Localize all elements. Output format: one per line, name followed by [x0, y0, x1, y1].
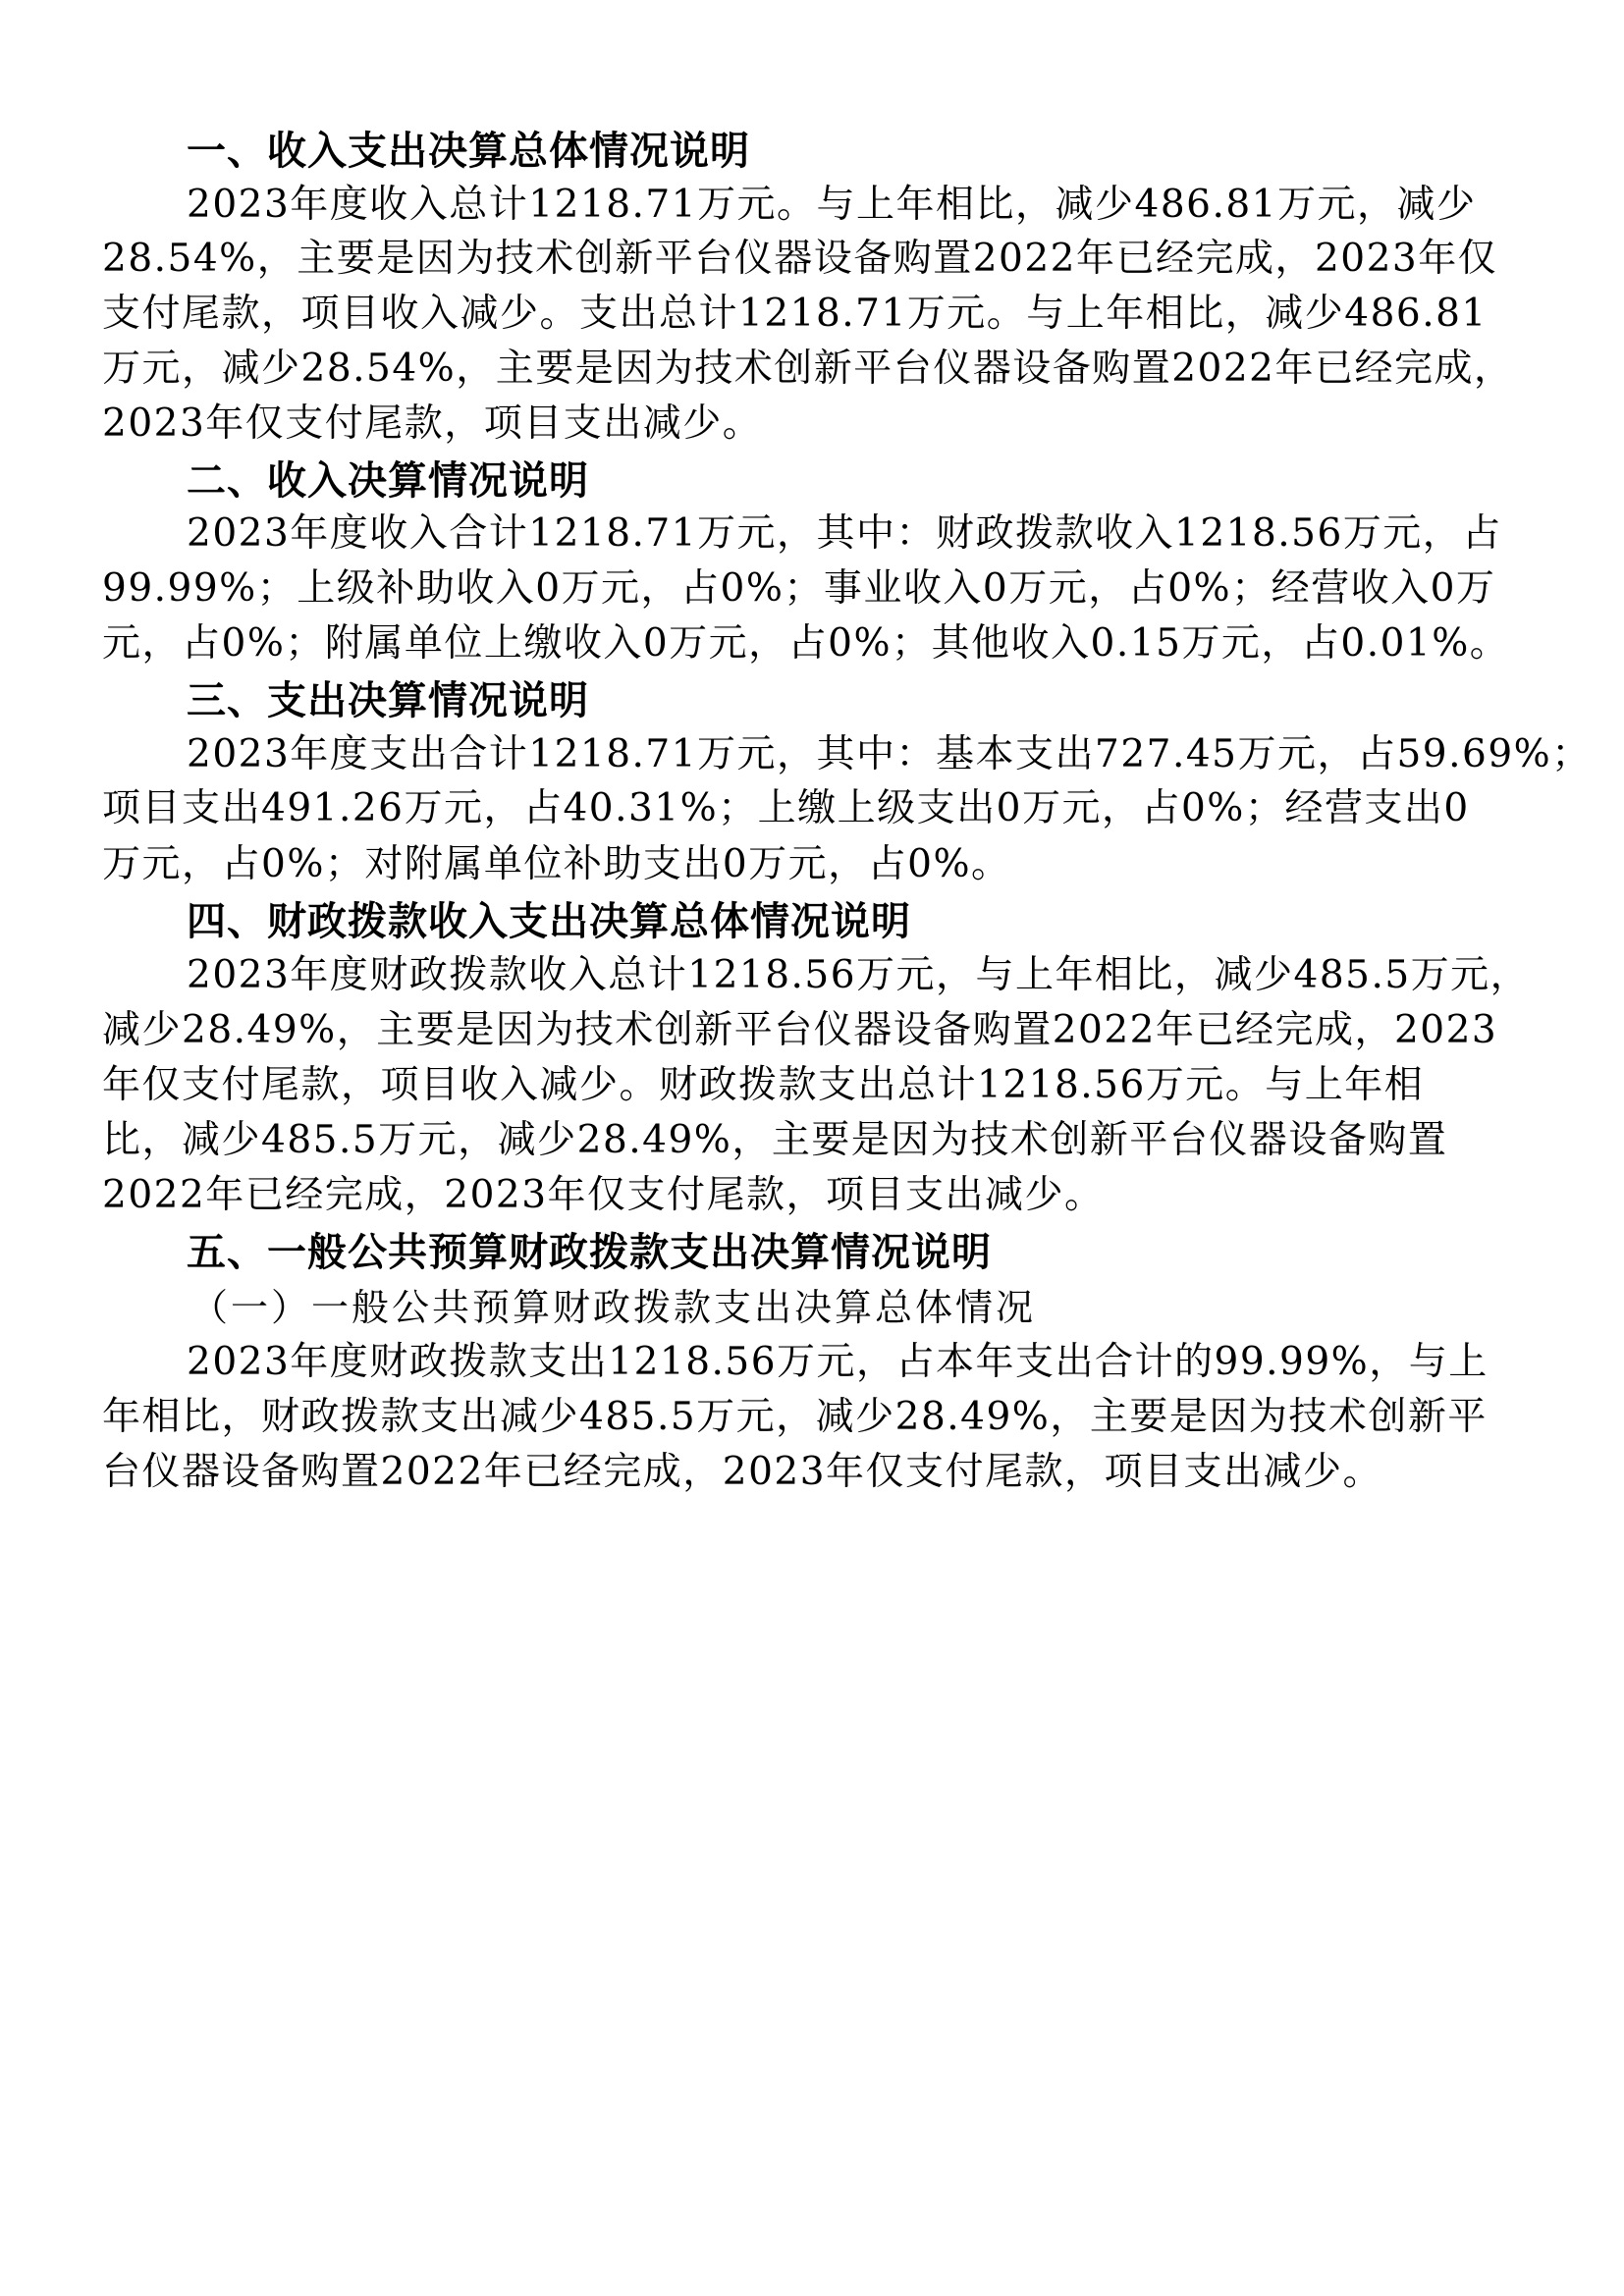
subsection-heading: （一）一般公共预算财政拨款支出决算总体情况: [190, 1284, 1624, 1331]
paragraph-line: 万元，减少28.54%，主要是因为技术创新平台仪器设备购置2022年已经完成，: [102, 346, 1536, 393]
paragraph-line: 99.99%；上级补助收入0万元，占0%；事业收入0万元，占0%；经营收入0万: [102, 565, 1536, 613]
section-heading-5: 五、一般公共预算财政拨款支出决算情况说明: [187, 1229, 1620, 1276]
paragraph-line: 2022年已经完成，2023年仅支付尾款，项目支出减少。: [102, 1172, 1536, 1219]
section-heading-1: 一、收入支出决算总体情况说明: [187, 128, 1620, 175]
paragraph-line: 元，占0%；附属单位上缴收入0万元，占0%；其他收入0.15万元，占0.01%。: [102, 620, 1536, 667]
section-heading-4: 四、财政拨款收入支出决算总体情况说明: [187, 898, 1620, 945]
paragraph-line: 2023年度财政拨款支出1218.56万元，占本年支出合计的99.99%，与上: [187, 1339, 1620, 1386]
paragraph-line: 减少28.49%，主要是因为技术创新平台仪器设备购置2022年已经完成，2023: [102, 1007, 1536, 1054]
paragraph-line: 2023年仅支付尾款，项目支出减少。: [102, 400, 1536, 448]
paragraph-line: 2023年度收入合计1218.71万元，其中：财政拨款收入1218.56万元，占: [187, 510, 1620, 558]
paragraph-line: 支付尾款，项目收入减少。支出总计1218.71万元。与上年相比，减少486.81: [102, 291, 1536, 338]
paragraph-line: 2023年度财政拨款收入总计1218.56万元，与上年相比，减少485.5万元，: [187, 952, 1620, 999]
paragraph-line: 年仅支付尾款，项目收入减少。财政拨款支出总计1218.56万元。与上年相: [102, 1062, 1536, 1109]
paragraph-line: 28.54%，主要是因为技术创新平台仪器设备购置2022年已经完成，2023年仅: [102, 236, 1536, 283]
document-page: 一、收入支出决算总体情况说明 2023年度收入总计1218.71万元。与上年相比…: [0, 0, 1624, 2296]
paragraph-line: 2023年度支出合计1218.71万元，其中：基本支出727.45万元，占59.…: [187, 731, 1620, 778]
section-heading-2: 二、收入决算情况说明: [187, 457, 1620, 505]
paragraph-line: 万元，占0%；对附属单位补助支出0万元，占0%。: [102, 841, 1536, 888]
section-heading-3: 三、支出决算情况说明: [187, 677, 1620, 724]
paragraph-line: 台仪器设备购置2022年已经完成，2023年仅支付尾款，项目支出减少。: [102, 1449, 1536, 1496]
paragraph-line: 年相比，财政拨款支出减少485.5万元，减少28.49%，主要是因为技术创新平: [102, 1394, 1536, 1441]
paragraph-line: 2023年度收入总计1218.71万元。与上年相比，减少486.81万元，减少: [187, 182, 1620, 229]
paragraph-line: 比，减少485.5万元，减少28.49%，主要是因为技术创新平台仪器设备购置: [102, 1117, 1536, 1164]
paragraph-line: 项目支出491.26万元，占40.31%；上缴上级支出0万元，占0%；经营支出0: [102, 785, 1536, 832]
